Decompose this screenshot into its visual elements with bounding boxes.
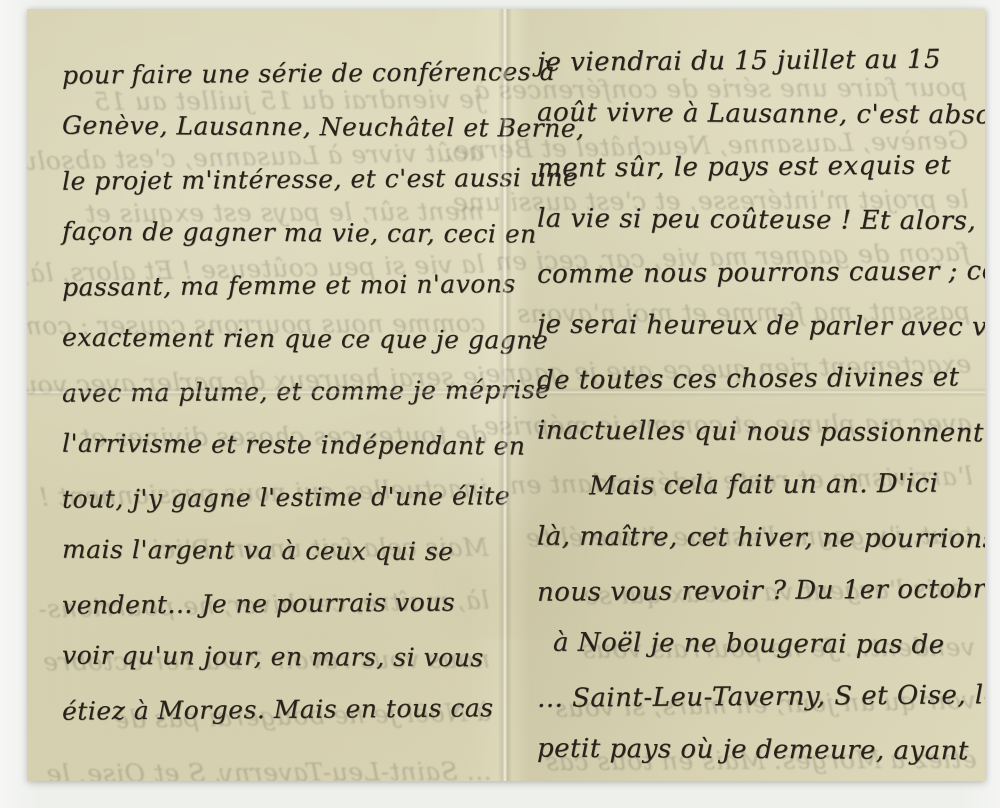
handwriting-line: façon de gagner ma vie, car, ceci en xyxy=(62,205,492,261)
handwriting-line: août vivre à Lausanne, c'est absolu- xyxy=(537,87,985,143)
handwriting-line: de toutes ces choses divines et xyxy=(537,351,985,408)
handwriting-line: petit pays où je demeure, ayant xyxy=(537,723,985,779)
handwriting-line: je viendrai du 15 juillet au 15 xyxy=(537,33,985,90)
bleedthrough-line: ... Saint-Leu-Taverny, S et Oise, le xyxy=(52,744,492,781)
handwriting-line: pour faire une série de conférences à xyxy=(62,45,492,101)
handwriting-line: voir qu'un jour, en mars, si vous xyxy=(62,629,492,685)
fold-crease-horizontal xyxy=(27,387,985,397)
handwriting-line: comme nous pourrons causer ; comme xyxy=(537,245,985,302)
scanner-backdrop: je viendrai du 15 juillet au 15 août viv… xyxy=(0,0,1000,808)
letter-sheet: je viendrai du 15 juillet au 15 août viv… xyxy=(27,9,985,781)
handwriting-line: le projet m'intéresse, et c'est aussi un… xyxy=(62,151,492,207)
handwriting-line: vendent... Je ne pourrais vous xyxy=(62,575,492,631)
handwriting-line: inactuelles qui nous passionnent ! xyxy=(537,405,985,461)
handwriting-line: ment sûr, le pays est exquis et xyxy=(537,139,985,196)
handwriting-line: tout, j'y gagne l'estime d'une élite xyxy=(62,469,492,525)
handwriting-line: étiez à Morges. Mais en tous cas xyxy=(62,681,492,737)
handwriting-line: à Noël je ne bougerai pas de xyxy=(537,617,985,673)
letter-page-right: je viendrai du 15 juillet au 15 août viv… xyxy=(537,35,985,777)
handwriting-line: nous vous revoir ? Du 1er octobre xyxy=(537,563,985,620)
handwriting-line: l'arrivisme et reste indépendant en xyxy=(62,417,492,473)
handwriting-line: Genève, Lausanne, Neuchâtel et Berne, xyxy=(62,99,492,155)
handwriting-line: Mais cela fait un an. D'ici xyxy=(537,457,985,514)
handwriting-line: passant, ma femme et moi n'avons xyxy=(62,257,492,313)
handwriting-line: je serai heureux de parler avec vous xyxy=(537,299,985,355)
handwriting-line: mais l'argent va à ceux qui se xyxy=(62,523,492,579)
handwriting-line: là, maître, cet hiver, ne pourrions- xyxy=(537,511,985,567)
handwriting-line: ... Saint-Leu-Taverny, S et Oise, le xyxy=(537,669,985,726)
handwriting-line: exactement rien que ce que je gagne xyxy=(62,311,492,367)
handwriting-line: la vie si peu coûteuse ! Et alors, là, xyxy=(537,193,985,249)
